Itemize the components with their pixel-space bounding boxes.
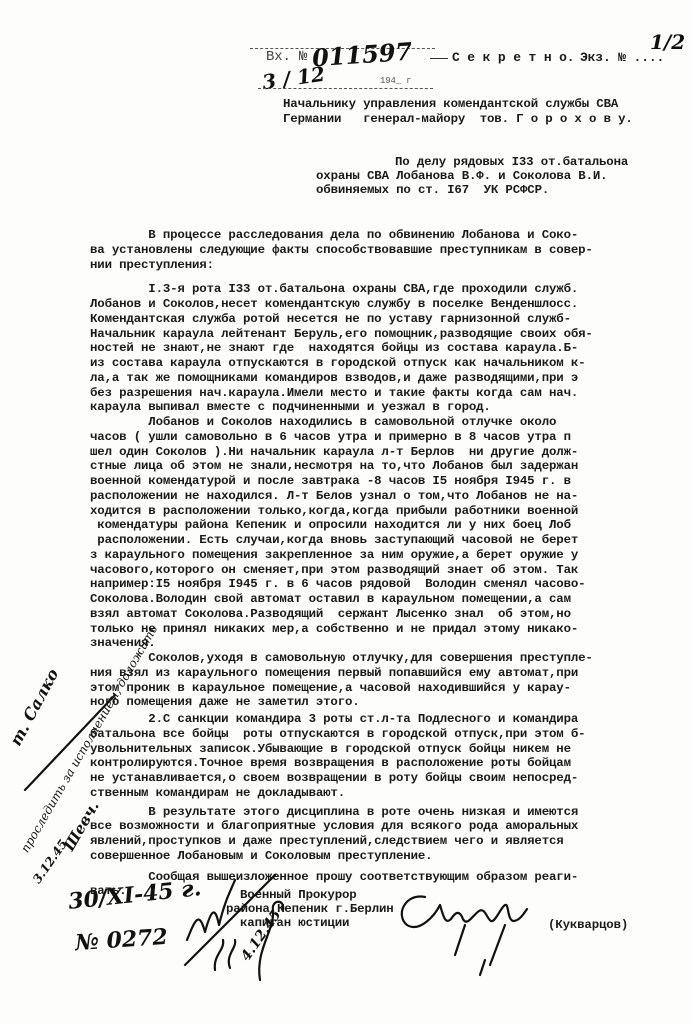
addressee-line-1: Начальнику управления комендантской служ… — [283, 97, 618, 112]
body-line: явлений,проступков и даже преступлений,с… — [90, 834, 564, 849]
body-line: взял автомат Соколова.Разводящий сержант… — [90, 607, 571, 622]
body-line: увольнительных записок.Убывающие в город… — [90, 742, 571, 757]
body-line: расположении не находился. Л-т Белов узн… — [90, 489, 578, 504]
year-suffix: 194_ г — [380, 74, 412, 89]
body-line: Лобанов и Соколов,несет комендантскую сл… — [90, 297, 578, 312]
body-line: ностей не знают,не знают где находятся б… — [90, 341, 578, 356]
body-line: контролируются.Точное время возвращения … — [90, 756, 571, 771]
subject-line-3: обвиняемых по ст. I67 УК РСФСР. — [316, 183, 549, 198]
stamp-connector — [430, 58, 448, 59]
subject-line-2: охраны СВА Лобанова В.Ф. и Соколова В.И. — [316, 169, 607, 184]
page-number-handwritten: 1/2 — [650, 30, 685, 54]
body-line: например:I5 ноября I945 г. в 6 часов ряд… — [90, 577, 585, 592]
body-line: з караульного помещения закрепленное за … — [90, 548, 578, 563]
body-line: ва установлены следующие факты способств… — [90, 243, 593, 258]
body-line: ходится в расположении только,когда,когд… — [90, 504, 578, 519]
signer-name: (Кукварцов) — [548, 918, 628, 933]
addressee-line-2: Германии генерал-майору тов. Г о р о х о… — [283, 112, 633, 127]
body-line: Соколова.Володин свой автомат оставил в … — [90, 592, 571, 607]
outgoing-number-handwritten: № 0272 — [74, 924, 168, 956]
resolution-signature-icon — [175, 870, 305, 980]
body-line: нии преступления: — [90, 258, 214, 273]
body-line: все возможности и благоприятные условия … — [90, 819, 578, 834]
body-line: В процессе расследования дела по обвинен… — [90, 228, 578, 243]
body-line: из состава караула отпускаются в городск… — [90, 356, 585, 371]
body-line: В результате этого дисциплина в роте оче… — [90, 805, 578, 820]
body-line: только не принял никаких мер,а собственн… — [90, 622, 578, 637]
body-line: ного помещения даже не заметил этого. — [90, 695, 360, 710]
incoming-date-handwritten: 3 / 12 — [261, 62, 327, 95]
body-line: комендатуры района Кепеник и опросили на… — [90, 518, 571, 533]
body-line: совершенное Лобановым и Соколовым престу… — [90, 849, 432, 864]
body-line: часового,которого он сменяет,при этом ра… — [90, 563, 578, 578]
body-line: Начальник караула лейтенант Беруль,его п… — [90, 327, 593, 342]
document-page: Вх. № 011597 3 / 12 194_ г С е к р е т н… — [0, 0, 691, 1024]
body-line: батальона все бойцы роты отпускаются в г… — [90, 727, 585, 742]
incoming-number-handwritten: 011597 — [311, 37, 413, 73]
body-line: 2.С санкции командира 3 роты ст.л-та Под… — [90, 712, 578, 727]
body-line: ла,а так же помощниками командиров взвод… — [90, 371, 578, 386]
body-line: Лобанов и Соколов находились в самовольн… — [90, 415, 556, 430]
body-line: этом проник в караульное помещение,а час… — [90, 681, 571, 696]
body-line: стные лица об этом не знали,несмотря на … — [90, 459, 578, 474]
body-line: караула выпивал вместе с подчиненными и … — [90, 400, 491, 415]
subject-line-1: По делу рядовых I33 от.батальона — [395, 155, 628, 170]
body-line: военной комендатурой и после завтрака -8… — [90, 474, 571, 489]
body-line: без разрешения нач.караула.Имели место и… — [90, 386, 578, 401]
incoming-label: Вх. № — [266, 50, 307, 65]
body-line: ния взял из караульного помещения первый… — [90, 666, 578, 681]
body-line: часов ( ушли самовольно в 6 часов утра и… — [90, 430, 571, 445]
stamp-bottom-rule — [258, 88, 433, 89]
body-line: не устанавливается,о своем возвращении в… — [90, 771, 578, 786]
secrecy-label: С е к р е т н о. — [452, 51, 574, 66]
body-line: I.3-я рота I33 от.батальона охраны СВА,г… — [90, 282, 578, 297]
body-line: Соколов,уходя в самовольную отлучку,для … — [90, 651, 593, 666]
body-line: расположении. Есть случаи,когда вновь за… — [90, 533, 578, 548]
body-line: шел один Соколов ).Ни начальник караула … — [90, 445, 578, 460]
body-line: Комендантская служба ротой несется не по… — [90, 312, 571, 327]
prosecutor-signature-icon — [395, 885, 535, 985]
